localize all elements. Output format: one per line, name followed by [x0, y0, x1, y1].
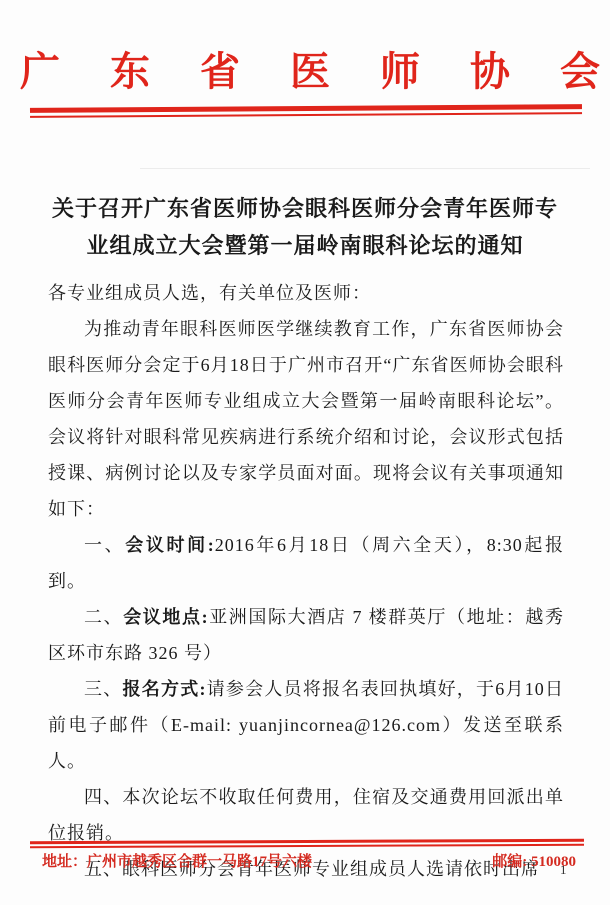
header-rule-thin	[30, 112, 582, 118]
item-number: 三、	[84, 679, 122, 699]
item-number: 一、	[84, 535, 125, 555]
salutation: 各专业组成员人选，有关单位及医师：	[48, 275, 564, 311]
document-title-line2: 业组成立大会暨第一届岭南眼科论坛的通知	[40, 227, 570, 264]
document-title: 关于召开广东省医师协会眼科医师分会青年医师专 业组成立大会暨第一届岭南眼科论坛的…	[40, 190, 570, 264]
item-label: 会议地点:	[123, 607, 208, 627]
notice-item-3: 三、报名方式:请参会人员将报名表回执填好，于6月10日前电子邮件（E-mail:…	[48, 671, 564, 779]
item-label: 会议时间:	[125, 535, 214, 555]
intro-paragraph: 为推动青年眼科医师医学继续教育工作，广东省医师协会眼科医师分会定于6月18日于广…	[48, 311, 564, 527]
org-name: 广 东 省 医 师 协 会	[0, 40, 610, 97]
item-label: 报名方式:	[122, 679, 206, 699]
scan-artifact-line	[140, 168, 590, 169]
letterhead-divider	[30, 104, 582, 118]
footer: 地址：广州市越秀区合群一马路17号六楼 邮编: 510080	[42, 850, 576, 871]
header-rule-thick	[30, 104, 582, 113]
footer-address: 地址：广州市越秀区合群一马路17号六楼	[42, 850, 312, 871]
notice-item-1: 一、会议时间:2016年6月18日（周六全天），8:30起报到。	[48, 527, 564, 599]
footer-postcode: 邮编: 510080	[492, 850, 576, 871]
item-text: 本次论坛不收取任何费用，住宿及交通费用回派出单位报销。	[48, 787, 564, 843]
item-number: 二、	[84, 607, 123, 627]
document-page: 广 东 省 医 师 协 会 关于召开广东省医师协会眼科医师分会青年医师专 业组成…	[0, 0, 610, 905]
document-body: 各专业组成员人选，有关单位及医师： 为推动青年眼科医师医学继续教育工作，广东省医…	[48, 275, 564, 887]
document-title-line1: 关于召开广东省医师协会眼科医师分会青年医师专	[40, 190, 570, 227]
item-number: 四、	[84, 787, 122, 807]
notice-item-2: 二、会议地点:亚洲国际大酒店 7 楼群英厅（地址：越秀区环市东路 326 号）	[48, 599, 564, 671]
